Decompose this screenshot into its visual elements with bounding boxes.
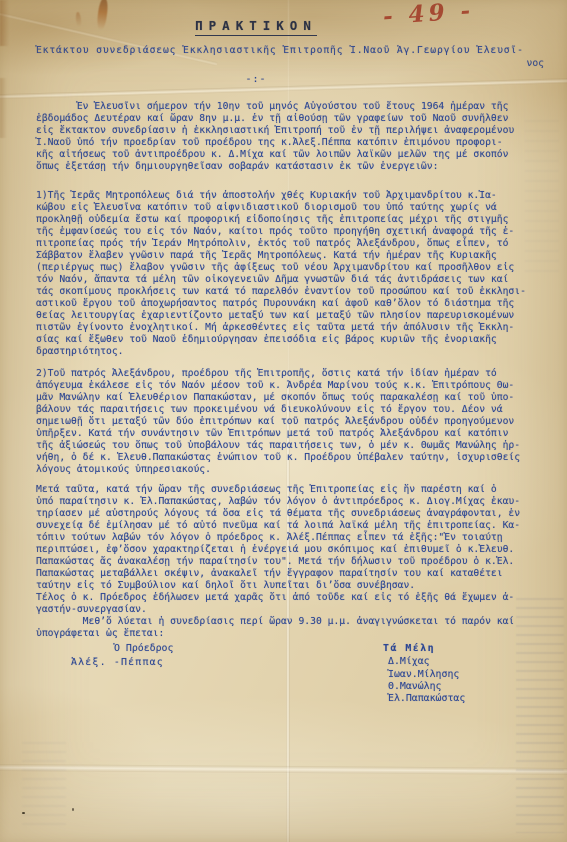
paragraph-item-1: 1)Τῆς Ἱερᾶς Μητροπόλεως διά τήν ἀποστολή… <box>36 190 564 358</box>
document-body: Ἐν Ἐλευσῖνι σήμερον τήν 10ην τοῦ μηνός Α… <box>36 101 564 640</box>
member-signature: Ἰωαν.Μίλησης <box>383 669 465 681</box>
document-title-text: ΠΡΑΚΤΙΚΟΝ <box>195 18 317 36</box>
scanned-minutes-page: - 49 - ΠΡΑΚΤΙΚΟΝ Ἐκτάκτου συνεδριάσεως Ἐ… <box>0 0 567 842</box>
paper-fold <box>0 764 567 775</box>
president-signature-name: Ἀλέξ. -Πέππας <box>71 657 164 668</box>
member-signature: Δ.Μίχας <box>383 656 465 668</box>
document-subtitle: Ἐκτάκτου συνεδριάσεως Ἐκκλησιαστικῆς Ἐπι… <box>36 45 560 56</box>
members-signature-block: Τά Μέλη Δ.Μίχας Ἰωαν.Μίλησης Θ.Μανώλης Ἐ… <box>383 643 465 705</box>
edge-stain <box>0 0 9 46</box>
handwritten-archive-number: - 49 - <box>382 0 475 30</box>
ink-bleedthrough <box>22 742 66 827</box>
paragraph-introduction: Ἐν Ἐλευσῖνι σήμερον τήν 10ην τοῦ μηνός Α… <box>36 101 564 173</box>
section-separator: -:- <box>36 74 476 85</box>
edge-stain <box>0 78 7 138</box>
members-label: Τά Μέλη <box>383 643 465 655</box>
paragraph-closing: Μετά ταῦτα, κατά τήν ὥραν τῆς συνεδριάσε… <box>36 484 564 640</box>
paper-speck <box>72 808 74 811</box>
paper-speck <box>22 812 25 814</box>
member-signature: Ἐλ.Παπακώστας <box>383 693 465 705</box>
rust-stain <box>75 12 82 27</box>
member-signature: Θ.Μανώλης <box>383 681 465 693</box>
president-signature-label: Ὁ Πρόεδρος <box>114 643 173 654</box>
document-subtitle-carry: νος <box>36 58 544 69</box>
document-title: ΠΡΑΚΤΙΚΟΝ <box>96 18 416 33</box>
paragraph-item-2: 2)Τοῦ πατρός Ἀλεξάνδρου, προέδρου τῆς Ἐπ… <box>36 368 564 476</box>
